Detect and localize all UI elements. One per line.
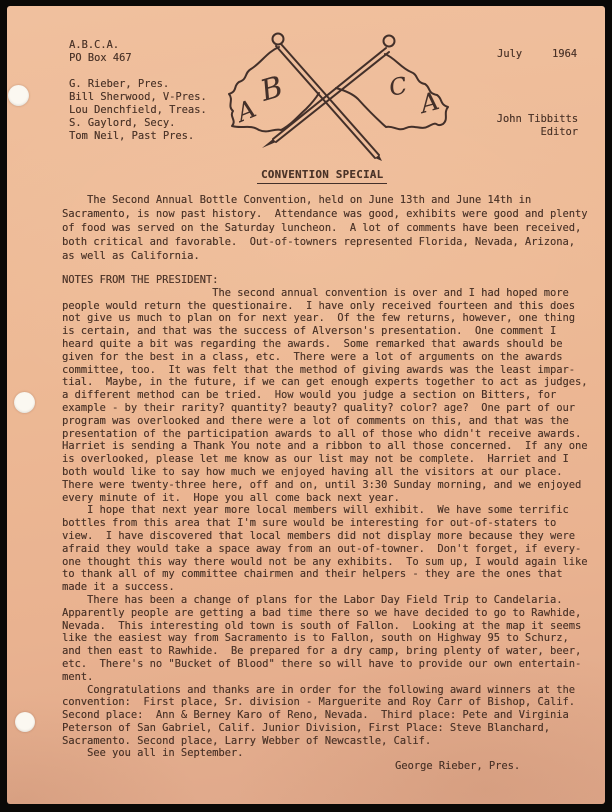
punch-hole-middle	[14, 392, 35, 413]
exhibit-paragraph: I hope that next year more local members…	[62, 504, 602, 594]
flag-pole-knob-right	[384, 36, 395, 47]
org-name: A.B.C.A.	[69, 39, 207, 52]
punch-hole-top	[8, 85, 29, 106]
editor-block: John Tibbitts Editor	[495, 113, 578, 139]
flag-letter-b-left: B	[256, 69, 287, 108]
issue-month: July	[497, 48, 522, 60]
intro-paragraph: The Second Annual Bottle Convention, hel…	[62, 193, 602, 263]
notes-heading: NOTES FROM THE PRESIDENT:	[62, 274, 602, 287]
flag-letter-c-right: C	[387, 73, 410, 102]
awards-paragraph: Congratulations and thanks are in order …	[62, 684, 602, 761]
issue-year: 1964	[552, 48, 577, 60]
newsletter-header-left: A.B.C.A. PO Box 467 G. Rieber, Pres. Bil…	[69, 39, 207, 143]
article-body: The Second Annual Bottle Convention, hel…	[62, 193, 602, 773]
editor-name: John Tibbitts	[495, 113, 578, 126]
officers-list: G. Rieber, Pres. Bill Sherwood, V-Pres. …	[69, 78, 207, 143]
flag-pole-knob-left	[273, 34, 284, 45]
scanned-page: A.B.C.A. PO Box 467 G. Rieber, Pres. Bil…	[7, 6, 605, 804]
flag-letter-a-right: A	[415, 86, 442, 119]
flag-pole-arrow-tip-left	[262, 139, 276, 148]
field-trip-paragraph: There has been a change of plans for the…	[62, 594, 602, 684]
masthead-title: CONVENTION SPECIAL	[257, 168, 387, 184]
signature: George Rieber, Pres.	[395, 760, 602, 773]
flag-pole-tip-right	[375, 155, 382, 161]
notes-paragraph: The second annual convention is over and…	[62, 287, 602, 505]
po-box: PO Box 467	[69, 52, 207, 65]
punch-hole-bottom	[15, 712, 35, 732]
crossed-flags-emblem: A B C A	[215, 25, 460, 165]
editor-title: Editor	[495, 126, 578, 139]
scan-background: A.B.C.A. PO Box 467 G. Rieber, Pres. Bil…	[0, 0, 612, 812]
flag-letter-a-left: A	[231, 94, 260, 128]
